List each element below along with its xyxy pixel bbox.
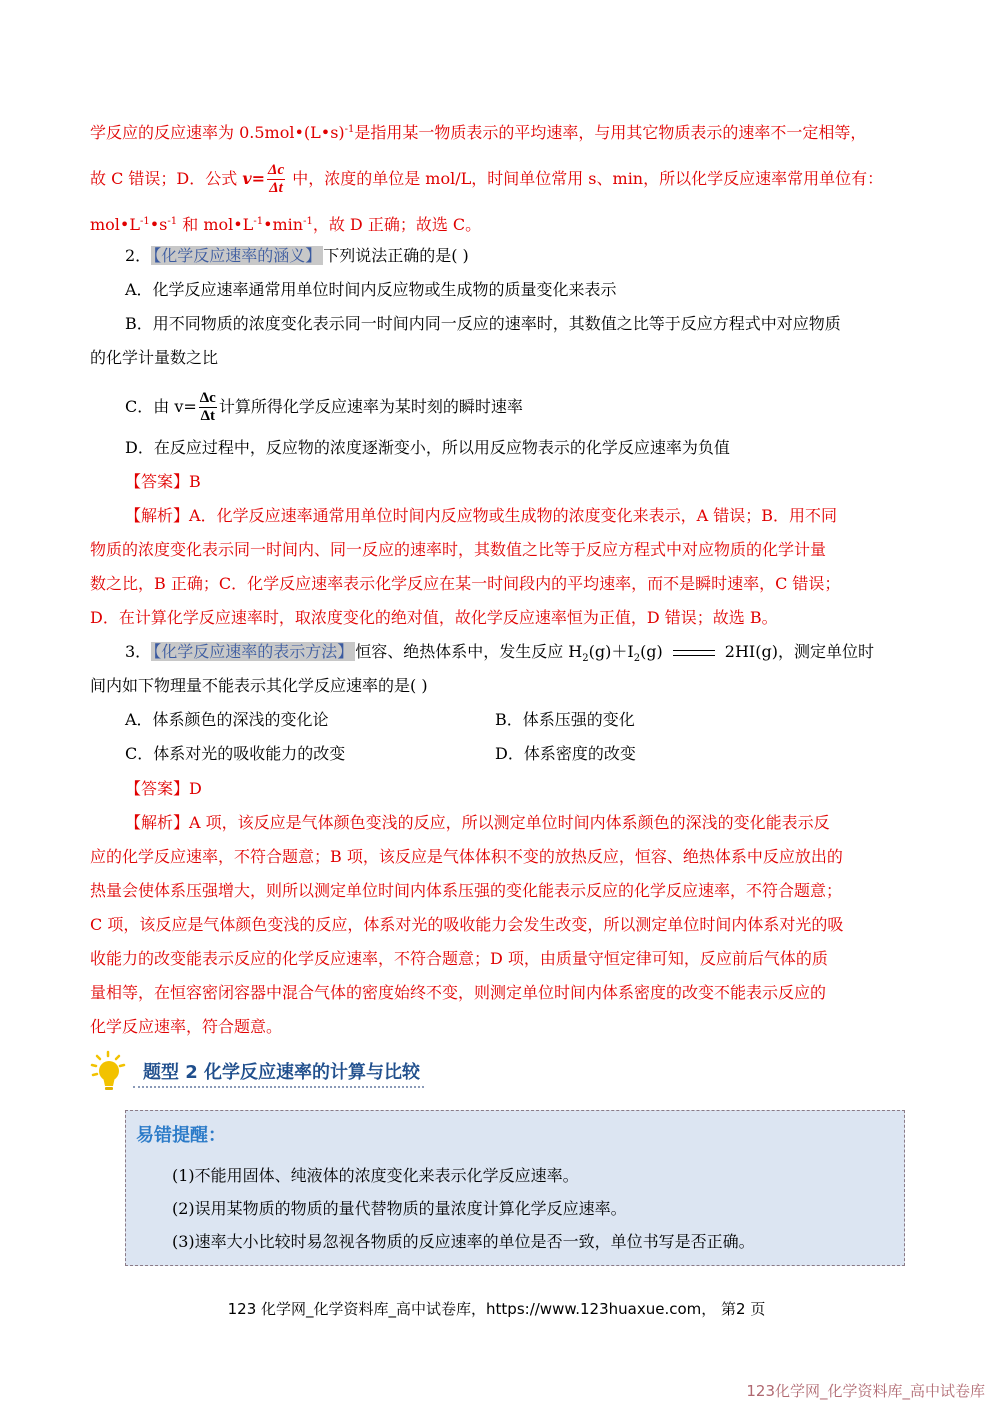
tip-item-3: (3)速率大小比较时易忽视各物质的反应速率的单位是否一致，单位书写是否正确。 (172, 1231, 755, 1253)
topic-tag: 【化学反应速率的表示方法】 (151, 642, 355, 661)
superscript: -1 (167, 216, 177, 227)
superscript: -1 (140, 216, 150, 227)
q2-option-c: C．由 v=ΔcΔt计算所得化学反应速率为某时刻的瞬时速率 (125, 390, 955, 425)
text: 中，浓度的单位是 mol/L，时间单位常用 s、min，所以化学反应速率常用单位… (287, 169, 883, 188)
q3-analysis-line-4: C 项，该反应是气体颜色变浅的反应，体系对光的吸收能力会发生改变，所以测定单位时… (90, 913, 920, 937)
text: 2HI(g)，测定单位时 (725, 642, 874, 661)
question-number: 2． (125, 246, 151, 265)
q3-analysis-line-6: 量相等，在恒容密闭容器中混合气体的密度始终不变，则测定单位时间内体系密度的改变不… (90, 981, 920, 1005)
text: 计算所得化学反应速率为某时刻的瞬时速率 (219, 397, 523, 416)
q2-option-b-line-1: B．用不同物质的浓度变化表示同一时间内同一反应的速率时，其数值之比等于反应方程式… (125, 312, 955, 336)
tip-item-1: (1)不能用固体、纯液体的浓度变化来表示化学反应速率。 (172, 1165, 579, 1187)
q3-option-b: B．体系压强的变化 (495, 708, 635, 732)
prev-analysis-line-2: 故 C 错误；D．公式 v=ΔcΔt 中，浓度的单位是 mol/L，时间单位常用… (90, 162, 920, 197)
lightbulb-icon (90, 1050, 126, 1094)
q3-options-row-1: A．体系颜色的深浅的变化论 B．体系压强的变化 (125, 708, 955, 732)
fraction-delta-c-over-delta-t: ΔcΔt (199, 390, 217, 425)
superscript: -1 (303, 216, 313, 227)
text: mol•L (90, 215, 140, 234)
numerator: Δc (199, 390, 217, 408)
text: (g)＋I (589, 642, 634, 661)
q3-analysis-line-1: 【解析】A 项，该反应是气体颜色变浅的反应，所以测定单位时间内体系颜色的深浅的变… (125, 811, 955, 835)
tip-title: 易错提醒： (136, 1121, 226, 1147)
q3-analysis-line-3: 热量会使体系压强增大，则所以测定单位时间内体系压强的变化能表示反应的化学反应速率… (90, 879, 920, 903)
text: •min (263, 215, 303, 234)
q2-analysis-line-1: 【解析】A．化学反应速率通常用单位时间内反应物或生成物的浓度变化来表示，A 错误… (125, 504, 955, 528)
question-3-stem: 3．【化学反应速率的表示方法】恒容、绝热体系中，发生反应 H2(g)＋I2(g)… (125, 640, 955, 671)
text: 学反应的反应速率为 0.5mol•(L•s) (90, 123, 345, 142)
text: A 项，该反应是气体颜色变浅的反应，所以测定单位时间内体系颜色的深浅的变化能表示… (189, 813, 830, 832)
q2-option-b-line-2: 的化学计量数之比 (90, 346, 920, 370)
text: C．由 v= (125, 397, 197, 416)
q3-analysis-line-2: 应的化学反应速率，不符合题意；B 项，该反应是气体体积不变的放热反应，恒容、绝热… (90, 845, 920, 869)
question-number: 3． (125, 642, 151, 661)
q3-options-row-2: C．体系对光的吸收能力的改变 D．体系密度的改变 (125, 742, 955, 766)
q3-analysis-line-7: 化学反应速率，符合题意。 (90, 1015, 920, 1039)
q3-option-d: D．体系密度的改变 (495, 742, 636, 766)
q2-analysis-line-4: D．在计算化学反应速率时，取浓度变化的绝对值，故化学反应速率恒为正值，D 错误；… (90, 606, 920, 630)
prev-analysis-line-1: 学反应的反应速率为 0.5mol•(L•s)-1是指用某一物质表示的平均速率，与… (90, 118, 920, 145)
q2-option-a: A．化学反应速率通常用单位时间内反应物或生成物的质量变化来表示 (125, 278, 955, 302)
text: 恒容、绝热体系中，发生反应 H (355, 642, 582, 661)
superscript: -1 (253, 216, 263, 227)
q2-analysis-line-3: 数之比，B 正确；C．化学反应速率表示化学反应在某一时间段内的平均速率，而不是瞬… (90, 572, 920, 596)
tip-item-2: (2)误用某物质的物质的量代替物质的量浓度计算化学反应速率。 (172, 1198, 627, 1220)
equilibrium-arrow-icon (673, 648, 715, 658)
question-3-stem-line-2: 间内如下物理量不能表示其化学反应速率的是( ) (90, 674, 920, 698)
q3-option-a: A．体系颜色的深浅的变化论 (125, 710, 329, 729)
analysis-label: 【解析】 (125, 813, 189, 832)
q2-analysis-line-2: 物质的浓度变化表示同一时间内、同一反应的速率时，其数值之比等于反应方程式中对应物… (90, 538, 920, 562)
section-heading: 题型 2 化学反应速率的计算与比较 (133, 1058, 424, 1088)
denominator: Δt (267, 180, 285, 197)
watermark: 123化学网_化学资料库_高中试卷库 (746, 1380, 985, 1401)
equals: = (252, 169, 265, 188)
q2-answer: 【答案】B (125, 470, 955, 494)
text: A．化学反应速率通常用单位时间内反应物或生成物的浓度变化来表示，A 错误；B．用… (189, 506, 837, 525)
topic-tag: 【化学反应速率的涵义】 (151, 246, 323, 265)
text: 和 mol•L (177, 215, 253, 234)
superscript: -1 (345, 124, 355, 135)
question-2-stem: 2．【化学反应速率的涵义】下列说法正确的是( ) (125, 244, 955, 268)
text: ，故 D 正确；故选 C。 (313, 215, 481, 234)
page-footer: 123 化学网_化学资料库_高中试卷库，https://www.123huaxu… (0, 1298, 993, 1319)
text: •s (150, 215, 168, 234)
fraction-delta-c-over-delta-t: ΔcΔt (267, 162, 285, 197)
common-mistakes-box: 易错提醒： (1)不能用固体、纯液体的浓度变化来表示化学反应速率。 (2)误用某… (125, 1110, 905, 1266)
q3-answer: 【答案】D (125, 777, 955, 801)
numerator: Δc (267, 162, 285, 180)
text: 故 C 错误；D．公式 (90, 169, 242, 188)
q3-option-c: C．体系对光的吸收能力的改变 (125, 744, 345, 763)
analysis-label: 【解析】 (125, 506, 189, 525)
velocity-symbol: v (242, 169, 251, 188)
question-text: 下列说法正确的是( ) (323, 246, 469, 265)
text: (g) (640, 642, 663, 661)
text: 是指用某一物质表示的平均速率，与用其它物质表示的速率不一定相等， (354, 123, 866, 142)
q3-analysis-line-5: 收能力的改变能表示反应的化学反应速率，不符合题意；D 项，由质量守恒定律可知，反… (90, 947, 920, 971)
prev-analysis-line-3: mol•L-1•s-1 和 mol•L-1•min-1，故 D 正确；故选 C。 (90, 210, 920, 237)
denominator: Δt (199, 408, 217, 425)
q2-option-d: D．在反应过程中，反应物的浓度逐渐变小，所以用反应物表示的化学反应速率为负值 (125, 436, 955, 460)
